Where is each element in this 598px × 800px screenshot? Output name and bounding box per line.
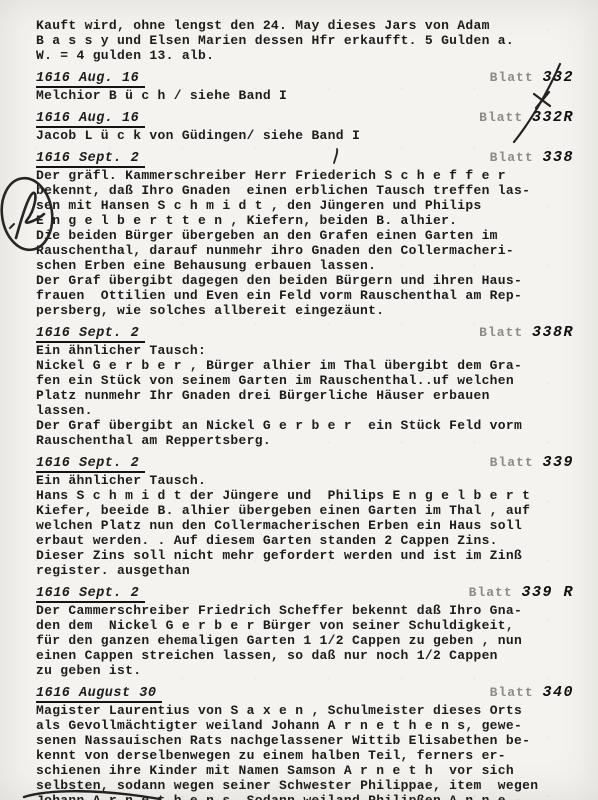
blatt-label: Blatt xyxy=(490,685,534,700)
text-line: für den ganzen ehemaligen Garten 1 1/2 C… xyxy=(36,633,574,648)
entry: 1616 Sept. 2 Blatt 338R Ein ähnlicher Ta… xyxy=(36,325,574,448)
text-line: W. = 4 gulden 13. alb. xyxy=(36,48,574,63)
text-line: Platz nunmehr Ihr Gnaden drei Bürgerlich… xyxy=(36,388,574,403)
text-line: register. ausgethan xyxy=(36,563,574,578)
text-line: den dem Nickel G e r b e r Bürger von se… xyxy=(36,618,574,633)
underlined-text: Friederich S c h e f f e r xyxy=(295,168,506,183)
blatt-number: 340 xyxy=(542,684,574,701)
blatt-ref: Blatt 340 xyxy=(490,685,574,700)
text-line: Magister Laurentius von S a x e n , Schu… xyxy=(36,703,574,718)
text-line: senen Nassauischen Rats nachgelassener W… xyxy=(36,733,574,748)
text-line: Der Graf übergibt dagegen den beiden Bür… xyxy=(36,273,574,288)
entry: 1616 Sept. 2 Blatt 338 Der gräfl. Kammer… xyxy=(36,150,574,318)
text-line: Rauschenthal am Reppertsberg. xyxy=(36,433,574,448)
text-line: Die beiden Bürger übergeben an den Grafe… xyxy=(36,228,574,243)
underlined-text: Johann A r n e t h e n s xyxy=(36,793,230,800)
entry: 1616 August 30 Blatt 340 Magister Lauren… xyxy=(36,685,574,800)
text-line: Ein ähnlicher Tausch: xyxy=(36,343,574,358)
blatt-ref: Blatt 338R xyxy=(479,325,574,340)
underlined-text: Laurentius von S a x e n xyxy=(109,703,303,718)
underlined-text: Elsen Marien dessen xyxy=(149,33,303,48)
text-line: welchen Platz nun den Collermacherischen… xyxy=(36,518,574,533)
text-line: Melchior B ü c h / siehe Band I xyxy=(36,88,574,103)
entry-body: Der Cammerschreiber Friedrich Scheffer b… xyxy=(36,603,574,678)
text-line: Der Cammerschreiber Friedrich Scheffer b… xyxy=(36,603,574,618)
entry-body: Ein ähnlicher Tausch.Hans S c h m i d t … xyxy=(36,473,574,578)
blatt-number: 339 xyxy=(542,454,574,471)
entry-date: 1616 Aug. 16 xyxy=(36,71,145,88)
text-line: schen Erben eine Behausung erbauen lasse… xyxy=(36,258,574,273)
text-line: Der Graf übergibt an Nickel G e r b e r … xyxy=(36,418,574,433)
underlined-text: Adam xyxy=(457,18,489,33)
entry-header: 1616 Sept. 2 Blatt 338 xyxy=(36,150,574,168)
entry-header: 1616 Aug. 16 Blatt 332R xyxy=(36,110,574,128)
text-line: Hans S c h m i d t der Jüngere und Phili… xyxy=(36,488,574,503)
text-line: Nickel G e r b e r , Bürger alhier im Th… xyxy=(36,358,574,373)
entry-date: 1616 Aug. 16 xyxy=(36,111,145,128)
entry-header: 1616 Sept. 2 Blatt 339 R xyxy=(36,585,574,603)
entry: 1616 Sept. 2 Blatt 339 Ein ähnlicher Tau… xyxy=(36,455,574,578)
underlined-text: Elisabethen xyxy=(409,733,498,748)
blatt-label: Blatt xyxy=(490,455,534,470)
entry-date: 1616 Sept. 2 xyxy=(36,326,145,343)
blatt-ref: Blatt 338 xyxy=(490,150,574,165)
entry-date: 1616 August 30 xyxy=(36,686,162,703)
text-line: E n g e l b e r t t e n , Kiefern, beide… xyxy=(36,213,574,228)
blatt-label: Blatt xyxy=(479,110,523,125)
blatt-label: Blatt xyxy=(490,150,534,165)
text-line: Rauschenthal, darauf nunmehr ihro Gnaden… xyxy=(36,243,574,258)
entry-date: 1616 Sept. 2 xyxy=(36,151,145,168)
text-line: frauen Ottilien und Even ein Feld vorm R… xyxy=(36,288,574,303)
text-line: sen mit Hansen S c h m i d t , den Jünge… xyxy=(36,198,574,213)
text-line: zu geben ist. xyxy=(36,663,574,678)
entry: 1616 Aug. 16 Blatt 332R Jacob L ü c k vo… xyxy=(36,110,574,143)
underlined-text: Johann A r n e t h e n s xyxy=(271,718,465,733)
text-line: Johann A r n e t h e n s, Sodann weiland… xyxy=(36,793,574,800)
blatt-number: 332R xyxy=(532,109,574,126)
text-line: Kauft wird, ohne lengst den 24. May dies… xyxy=(36,18,574,33)
underlined-text: Philipßen A n n e - xyxy=(368,793,522,800)
underlined-text: Philippae xyxy=(360,778,433,793)
blatt-number: 338 xyxy=(542,149,574,166)
blatt-label: Blatt xyxy=(490,70,534,85)
entry-header: 1616 Aug. 16 Blatt 332 xyxy=(36,70,574,88)
text-line: persberg, wie solches allbereit eingezäu… xyxy=(36,303,574,318)
text-line: Ein ähnlicher Tausch. xyxy=(36,473,574,488)
text-line: schienen ihre Kinder mit Namen Samson A … xyxy=(36,763,574,778)
text-line: selbsten, sodann wegen seiner Schwester … xyxy=(36,778,574,793)
entry: 1616 Aug. 16 Blatt 332 Melchior B ü c h … xyxy=(36,70,574,103)
scanned-register-page: Kauft wird, ohne lengst den 24. May dies… xyxy=(0,0,598,800)
text-line: kennt von derselbenwegen zu einem halben… xyxy=(36,748,574,763)
entry-body: Melchior B ü c h / siehe Band I xyxy=(36,88,574,103)
text-line: Dieser Zins soll nicht mehr gefordert we… xyxy=(36,548,574,563)
entry-date: 1616 Sept. 2 xyxy=(36,586,145,603)
intro-paragraph: Kauft wird, ohne lengst den 24. May dies… xyxy=(36,18,574,63)
text-line: einen Cappen streichen lassen, so daß nu… xyxy=(36,648,574,663)
entry-header: 1616 August 30 Blatt 340 xyxy=(36,685,574,703)
entry-body: Magister Laurentius von S a x e n , Schu… xyxy=(36,703,574,800)
blatt-number: 339 R xyxy=(521,584,574,601)
blatt-label: Blatt xyxy=(479,325,523,340)
blatt-ref: Blatt 332 xyxy=(490,70,574,85)
entry-body: Jacob L ü c k von Güdingen/ siehe Band I xyxy=(36,128,574,143)
blatt-number: 332 xyxy=(542,69,574,86)
entry-header: 1616 Sept. 2 Blatt 339 xyxy=(36,455,574,473)
entry-body: Der gräfl. Kammerschreiber Herr Friederi… xyxy=(36,168,574,318)
entry-date: 1616 Sept. 2 xyxy=(36,456,145,473)
blatt-ref: Blatt 339 R xyxy=(469,585,574,600)
text-line: bekennt, daß Ihro Gnaden einen erblichen… xyxy=(36,183,574,198)
blatt-ref: Blatt 332R xyxy=(479,110,574,125)
blatt-number: 338R xyxy=(532,324,574,341)
entry: 1616 Sept. 2 Blatt 339 R Der Cammerschre… xyxy=(36,585,574,678)
entry-body: Ein ähnlicher Tausch:Nickel G e r b e r … xyxy=(36,343,574,448)
underlined-text: W. = 4 gulden xyxy=(36,48,141,63)
blatt-label: Blatt xyxy=(469,585,513,600)
text-line: lassen. xyxy=(36,403,574,418)
document-page: { "document": { "kind": "typewritten arc… xyxy=(0,0,598,800)
underlined-text: Samson A r n e t h xyxy=(287,763,433,778)
text-line: fen ein Stück von seinem Garten im Rausc… xyxy=(36,373,574,388)
entry-header: 1616 Sept. 2 Blatt 338R xyxy=(36,325,574,343)
text-line: Jacob L ü c k von Güdingen/ siehe Band I xyxy=(36,128,574,143)
text-line: Der gräfl. Kammerschreiber Herr Friederi… xyxy=(36,168,574,183)
text-line: B a s s y und Elsen Marien dessen Hfr er… xyxy=(36,33,574,48)
blatt-ref: Blatt 339 xyxy=(490,455,574,470)
text-line: Kiefer, beeide B. alhier übergeben einen… xyxy=(36,503,574,518)
text-line: als Gevollmächtigter weiland Johann A r … xyxy=(36,718,574,733)
text-line: erbaut werden. . Auf diesem Garten stand… xyxy=(36,533,574,548)
